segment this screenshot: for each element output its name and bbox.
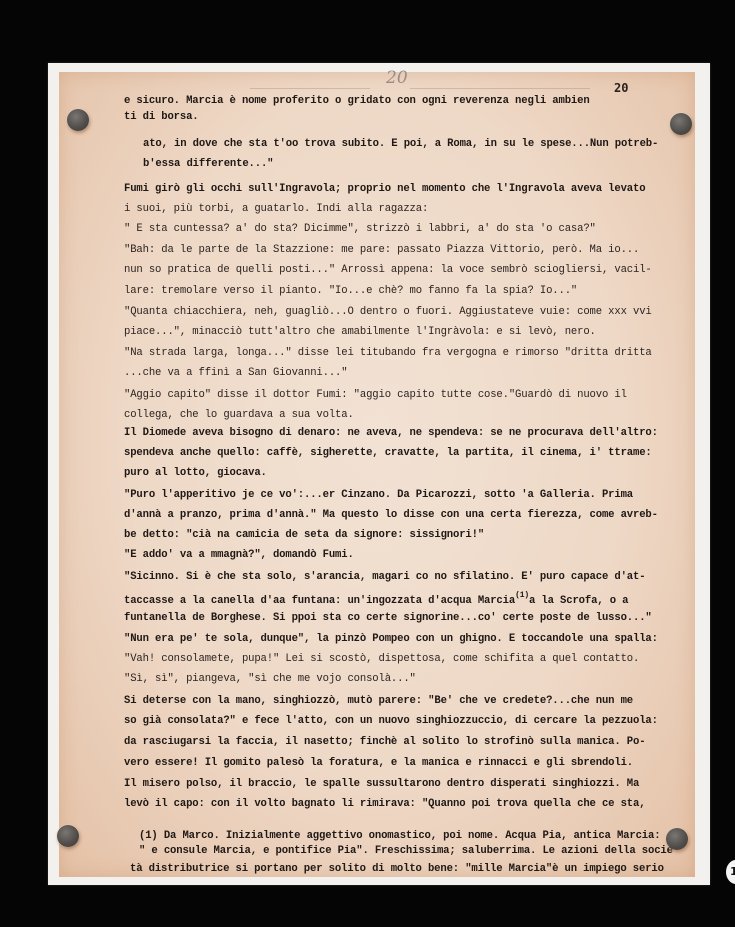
text-line: collega, che lo guardava a sua volta. <box>124 409 354 421</box>
text-line: so già consolata?" e fece l'atto, con un… <box>124 715 658 727</box>
text-line: "Bah: da le parte de la Stazzione: me pa… <box>124 244 639 256</box>
pencil-rule-right <box>410 88 590 89</box>
text-line: b'essa differente..." <box>143 158 273 170</box>
text-line: taccasse a la canella d'aa funtana: un'i… <box>124 591 628 607</box>
text-line: nun so pratica de quelli posti..." Arros… <box>124 264 652 276</box>
text-line: "Na strada larga, longa..." disse lei ti… <box>124 347 652 359</box>
text-line: piace...", minacciò tutt'altro che amabi… <box>124 326 596 338</box>
text-line: ato, in dove che sta t'oo trova subito. … <box>143 138 658 150</box>
text-line: Si deterse con la mano, singhiozzò, mutò… <box>124 695 633 707</box>
text-line: Fumi girò gli occhi sull'Ingravola; prop… <box>124 183 645 195</box>
pencil-rule-left <box>250 88 370 89</box>
text-line: be detto: "cià na camicia de seta da sig… <box>124 529 484 541</box>
text-line: "Aggio capito" disse il dottor Fumi: "ag… <box>124 389 627 401</box>
text-line: spendeva anche quello: caffè, sigherette… <box>124 447 652 459</box>
text-line: "Sì, sì", piangeva, "sì che me vojo cons… <box>124 673 416 685</box>
text-line: levò il capo: con il volto bagnato li ri… <box>124 798 645 810</box>
text-line: d'annà a pranzo, prima d'annà." Ma quest… <box>124 509 658 521</box>
typed-page-number: 20 <box>614 81 628 95</box>
text-line: "Vah! consolamete, pupa!" Lei si scostò,… <box>124 653 639 665</box>
magnet-pin-bottom-right <box>666 828 688 850</box>
text-segment: taccasse a la canella d'aa funtana: un'i… <box>124 595 515 607</box>
text-line: i suoi, più torbi, a guatarlo. Indi alla… <box>124 203 428 215</box>
header-line: ti di borsa. <box>124 111 199 123</box>
footnote-line: " e consule Marcia, e pontifice Pia". Fr… <box>139 845 673 857</box>
footnote-line: (1) Da Marco. Inizialmente aggettivo ono… <box>139 830 660 842</box>
header-line: e sicuro. Marcia è nome proferito o grid… <box>124 95 590 107</box>
text-segment: a la Scrofa, o a <box>529 595 628 607</box>
text-line: "Sicinno. Si è che sta solo, s'arancia, … <box>124 571 645 583</box>
footnote-reference: (1) <box>515 591 529 600</box>
text-line: " E sta cuntessa? a' do sta? Dicimme", s… <box>124 223 596 235</box>
text-line: Il Diomede aveva bisogno di denaro: ne a… <box>124 427 658 439</box>
magnet-pin-top-left <box>67 109 89 131</box>
text-line: "Puro l'apperitivo je ce vo':...er Cinza… <box>124 489 633 501</box>
text-line: "Nun era pe' te sola, dunque", la pinzò … <box>124 633 658 645</box>
text-line: vero essere! Il gomito palesò la foratur… <box>124 757 633 769</box>
text-line: puro al lotto, giocava. <box>124 467 267 479</box>
magnet-pin-top-right <box>670 113 692 135</box>
text-line: "E addo' va a mmagnà?", domandò Fumi. <box>124 549 354 561</box>
magnet-pin-bottom-left <box>57 825 79 847</box>
text-line: ...che va a ffinì a San Giovanni..." <box>124 367 347 379</box>
text-line: Il misero polso, il braccio, le spalle s… <box>124 778 639 790</box>
footnote-line: tà distributrice si portano per solito d… <box>130 863 664 875</box>
pencil-page-number: 20 <box>386 68 408 88</box>
text-line: funtanella de Borghese. Si ppoi sta co c… <box>124 612 652 624</box>
text-line: da rasciugarsi la faccia, il nasetto; fi… <box>124 736 645 748</box>
text-line: lare: tremolare verso il pianto. "Io...e… <box>124 285 577 297</box>
text-line: "Quanta chiacchiera, neh, guagliò...O de… <box>124 306 652 318</box>
edge-marker: 1 <box>726 860 735 884</box>
